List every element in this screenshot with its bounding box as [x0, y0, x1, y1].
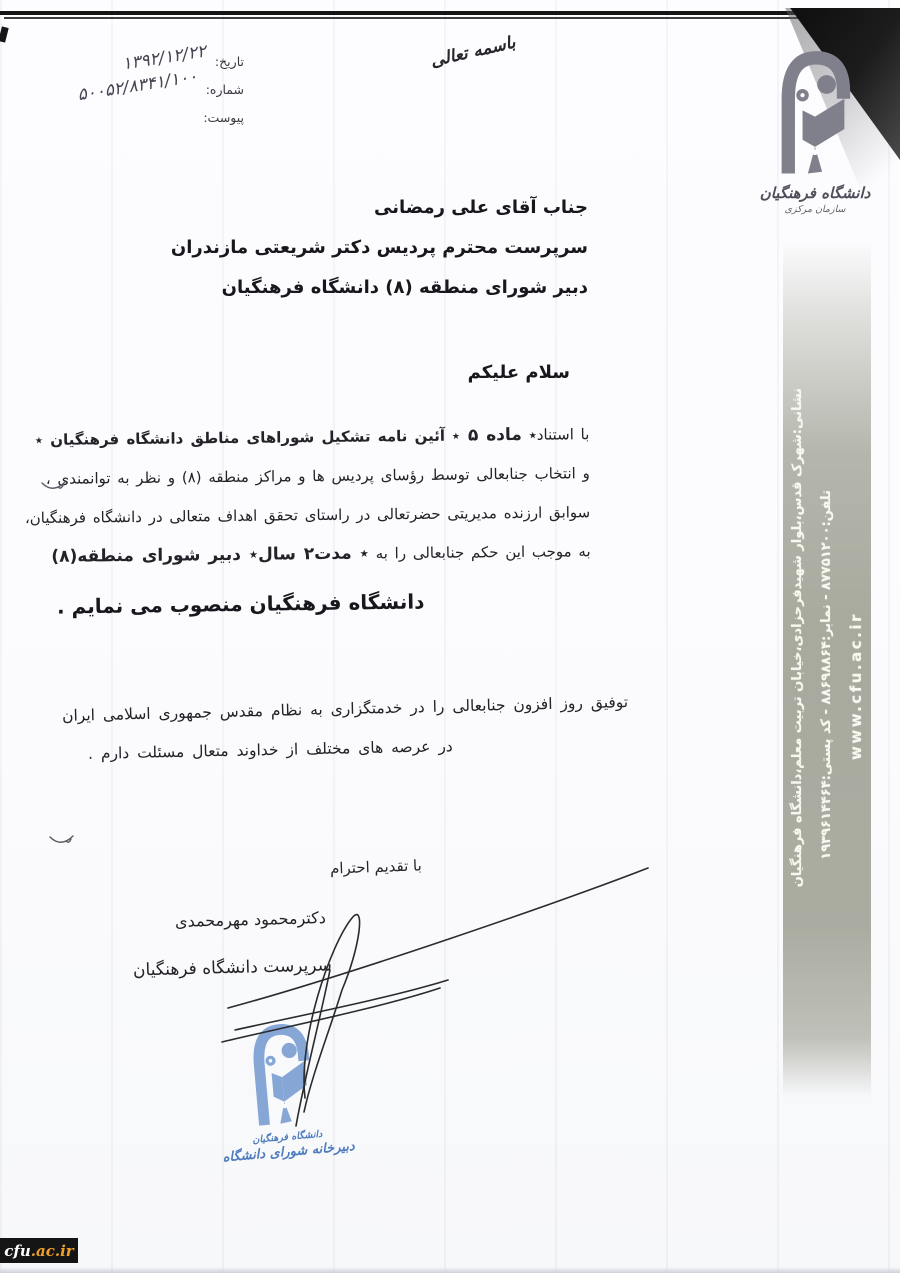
scan-bottom-edge [0, 1267, 900, 1273]
handwritten-signature [180, 850, 670, 1150]
body-paragraph: با استناد٭ ماده ۵ ٭ آئین نامه تشکیل شورا… [54, 415, 591, 577]
scan-edge-mark [0, 26, 9, 42]
body-line-4-intro: به موجب این حکم جنابعالی را به [369, 542, 591, 562]
body-line-1: با استناد٭ ماده ۵ ٭ آئین نامه تشکیل شورا… [54, 415, 589, 460]
watermark-prefix: cfu [4, 1242, 31, 1260]
handwritten-checkmark [40, 478, 68, 496]
body-line-1-star-end: ٭ [35, 431, 43, 449]
header-fields: تاریخ: ۱۳۹۲/۱۲/۲۲ شماره: ۵۰۰۵۲/۸۳۴۱/۱۰۰ … [28, 48, 244, 132]
attachment-row: پیوست: [28, 104, 244, 125]
scan-top-line-thin [4, 17, 896, 19]
body-line-4: به موجب این حکم جنابعالی را به ٭ مدت۲ سا… [55, 532, 590, 577]
date-row: تاریخ: ۱۳۹۲/۱۲/۲۲ [28, 48, 244, 69]
watermark-suffix: .ac.ir [31, 1242, 74, 1260]
sidebar-address: نشانی:شهرک قدس،بلوار شهیدفرحزادی،خیابان … [783, 238, 812, 1098]
recipient-block: جناب آقای علی رمضانی سرپرست محترم پردیس … [171, 188, 588, 308]
cfu-watermark: cfu.ac.ir [0, 1238, 78, 1263]
date-label: تاریخ: [215, 48, 244, 69]
salutation-text: سلام علیکم [468, 362, 570, 383]
sidebar-website: www.cfu.ac.ir [842, 238, 871, 1098]
closing-line-2: در عرصه های مختلف از خداوند متعال مسئلت … [88, 737, 453, 763]
appointment-line: دانشگاه فرهنگیان منصوب می نمایم . [57, 589, 425, 618]
university-logo: دانشگاه فرهنگیان سازمان مرکزی [745, 40, 885, 215]
university-emblem-icon [765, 40, 865, 178]
handwritten-checkmark [48, 832, 76, 850]
recipient-line-3: دبیر شورای منطقه (۸) دانشگاه فرهنگیان [171, 268, 588, 308]
recipient-line-2: سرپرست محترم پردیس دکتر شریعتی مازندران [171, 228, 588, 268]
scan-top-line [0, 11, 900, 15]
logo-org-name: دانشگاه فرهنگیان [745, 184, 885, 202]
body-line-2: و انتخاب جنابعالی توسط رؤسای پردیس ها و … [55, 454, 590, 499]
body-line-4-term: ٭ مدت۲ سال٭ [241, 544, 369, 565]
body-line-1-star: ٭ [445, 427, 460, 445]
attachment-label: پیوست: [203, 104, 244, 125]
body-line-1-article: ماده ۵ [460, 425, 522, 446]
number-label: شماره: [206, 76, 244, 97]
body-line-4-position: دبیر شورای منطقه(۸) [51, 545, 241, 567]
number-value: ۵۰۰۵۲/۸۳۴۱/۱۰۰ [76, 67, 199, 106]
sidebar-contact: تلفن:۸۷۷۵۱۲۰۰ - نمابر:۸۸۶۹۸۸۶۴ - کد پستی… [812, 238, 841, 1098]
body-line-1-regulation: آئین نامه تشکیل شوراهای مناطق دانشگاه فر… [43, 427, 445, 449]
body-line-3: سوابق ارزنده مدیریتی حضرتعالی در راستای … [55, 493, 590, 538]
logo-org-subtitle: سازمان مرکزی [745, 204, 885, 215]
letterhead-side-band: نشانی:شهرک قدس،بلوار شهیدفرحزادی،خیابان … [783, 238, 871, 1098]
body-line-1-intro: با استناد٭ [522, 425, 590, 444]
scanned-letter-page: تاریخ: ۱۳۹۲/۱۲/۲۲ شماره: ۵۰۰۵۲/۸۳۴۱/۱۰۰ … [0, 0, 900, 1273]
bismillah-text: باسمه تعالی [407, 28, 538, 77]
number-row: شماره: ۵۰۰۵۲/۸۳۴۱/۱۰۰ [28, 76, 244, 97]
closing-line-1: توفیق روز افزون جنابعالی را در خدمتگزاری… [62, 693, 628, 725]
recipient-line-1: جناب آقای علی رمضانی [171, 188, 588, 228]
